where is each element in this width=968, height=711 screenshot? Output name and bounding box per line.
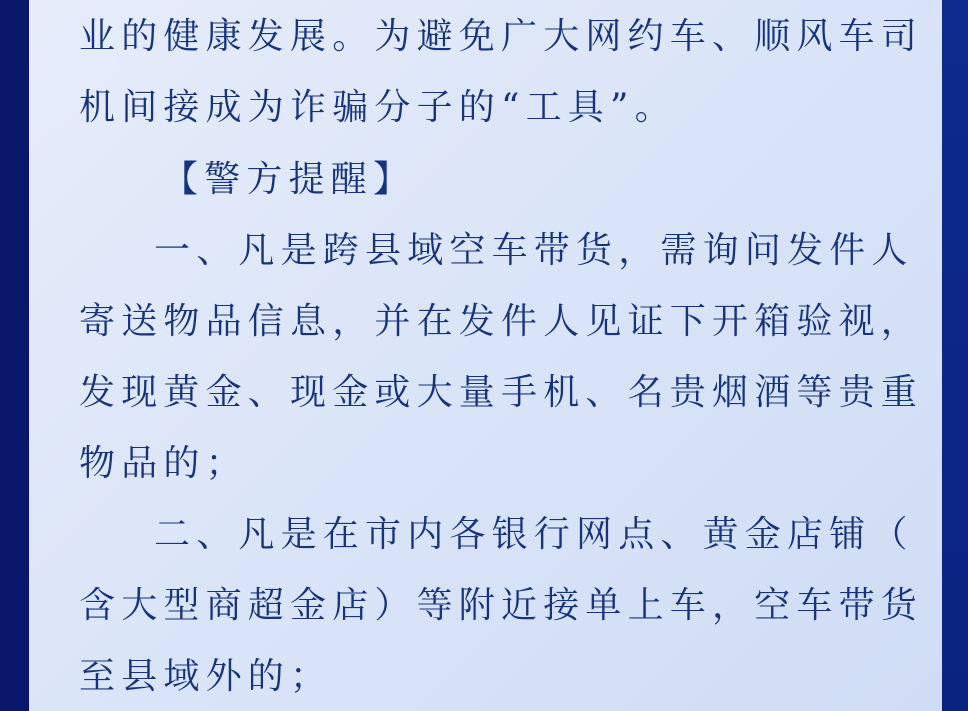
notice-panel: 业的健康发展。为避免广大网约车、顺风车司 机间接成为诈骗分子的“工具”。 【警方… <box>29 0 942 711</box>
paragraph-line: 机间接成为诈骗分子的“工具”。 <box>79 88 677 128</box>
list-item-2-line: 至县域外的； <box>79 657 332 697</box>
list-item-2-line: 二、凡是在市内各银行网点、黄金店铺（ <box>154 515 914 555</box>
list-item-1-line: 发现黄金、现金或大量手机、名贵烟酒等贵重 <box>79 373 923 413</box>
left-border <box>0 0 29 711</box>
list-item-1-line: 物品的； <box>79 444 248 484</box>
list-item-1-line: 寄送物品信息，并在发件人见证下开箱验视， <box>79 302 923 342</box>
section-heading: 【警方提醒】 <box>162 160 415 200</box>
right-border <box>942 0 968 711</box>
paragraph-line: 业的健康发展。为避免广大网约车、顺风车司 <box>79 17 923 57</box>
list-item-2-line: 含大型商超金店）等附近接单上车，空车带货 <box>79 586 923 626</box>
list-item-1-line: 一、凡是跨县域空车带货，需询问发件人 <box>154 231 914 271</box>
